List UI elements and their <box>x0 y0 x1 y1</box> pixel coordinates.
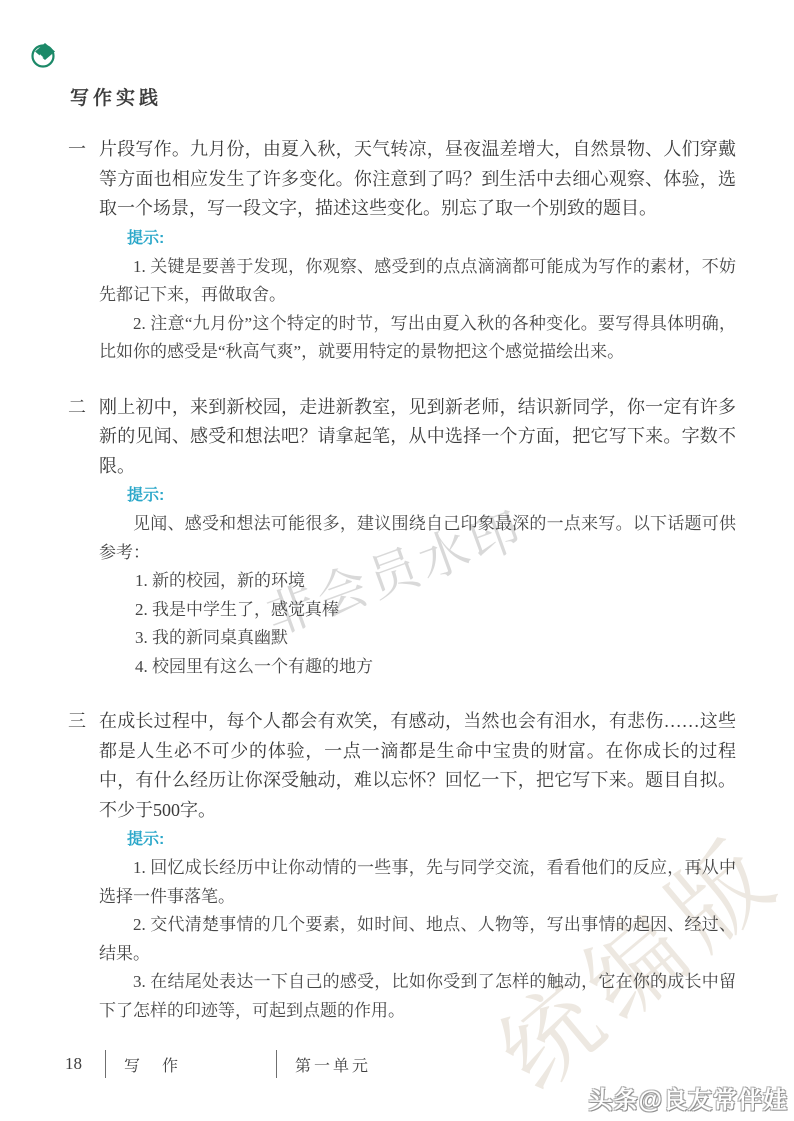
document-body: 一 片段写作。九月份，由夏入秋，天气转凉，昼夜温差增大，自然景物、人们穿戴等方面… <box>68 135 736 1025</box>
exercise-prompt: 刚上初中，来到新校园，走进新教室，见到新老师，结识新同学，你一定有许多新的见闻、… <box>99 393 736 482</box>
topic-option: 1. 新的校园，新的环境 <box>135 567 736 596</box>
hint-item: 见闻、感受和想法可能很多，建议围绕自己印象最深的一点来写。以下话题可供参考： <box>99 510 736 567</box>
topic-option: 4. 校园里有这么一个有趣的地方 <box>135 653 736 682</box>
hint-label: 提示: <box>127 481 736 510</box>
topic-option: 2. 我是中学生了，感觉真棒 <box>135 596 736 625</box>
topic-option: 3. 我的新同桌真幽默 <box>135 624 736 653</box>
hint-label: 提示: <box>127 825 736 854</box>
hint-item: 1. 关键是要善于发现，你观察、感受到的点点滴滴都可能成为写作的素材，不妨先都记… <box>99 253 736 310</box>
exercise-prompt: 在成长过程中，每个人都会有欢笑，有感动，当然也会有泪水，有悲伤……这些都是人生必… <box>99 707 736 825</box>
textbook-page: 非会员水印 统编版 写作实践 一 片段写作。九月份，由夏入秋，天气转凉，昼夜温差… <box>0 0 794 1121</box>
footer-divider <box>105 1050 106 1078</box>
exercise-section-1: 一 片段写作。九月份，由夏入秋，天气转凉，昼夜温差增大，自然景物、人们穿戴等方面… <box>68 135 736 367</box>
hint-item: 2. 交代清楚事情的几个要素，如时间、地点、人物等，写出事情的起因、经过、结果。 <box>99 911 736 968</box>
exercise-section-2: 二 刚上初中，来到新校园，走进新教室，见到新老师，结识新同学，你一定有许多新的见… <box>68 393 736 682</box>
hint-label: 提示: <box>127 224 736 253</box>
watermark-toutiao-account: 头条@良友常伴娃 <box>589 1080 788 1115</box>
page-title: 写作实践 <box>70 83 162 110</box>
hint-item: 2. 注意“九月份”这个特定的时节，写出由夏入秋的各种变化。要写得具体明确，比如… <box>99 310 736 367</box>
exercise-prompt: 片段写作。九月份，由夏入秋，天气转凉，昼夜温差增大，自然景物、人们穿戴等方面也相… <box>99 135 736 224</box>
hint-item: 3. 在结尾处表达一下自己的感受，比如你受到了怎样的触动，它在你的成长中留下了怎… <box>99 968 736 1025</box>
publisher-logo-icon <box>30 41 58 69</box>
page-footer: 18 写 作 第一单元 <box>65 1048 736 1080</box>
hint-item: 1. 回忆成长经历中让你动情的一些事，先与同学交流，看看他们的反应，再从中选择一… <box>99 854 736 911</box>
exercise-section-3: 三 在成长过程中，每个人都会有欢笑，有感动，当然也会有泪水，有悲伤……这些都是人… <box>68 707 736 1025</box>
footer-divider <box>276 1050 277 1078</box>
page-number: 18 <box>65 1054 105 1074</box>
section-number: 三 <box>68 707 99 1025</box>
footer-unit-name: 第一单元 <box>295 1053 371 1076</box>
section-number: 二 <box>68 393 99 682</box>
section-number: 一 <box>68 135 99 367</box>
footer-section-name: 写 作 <box>124 1053 276 1076</box>
